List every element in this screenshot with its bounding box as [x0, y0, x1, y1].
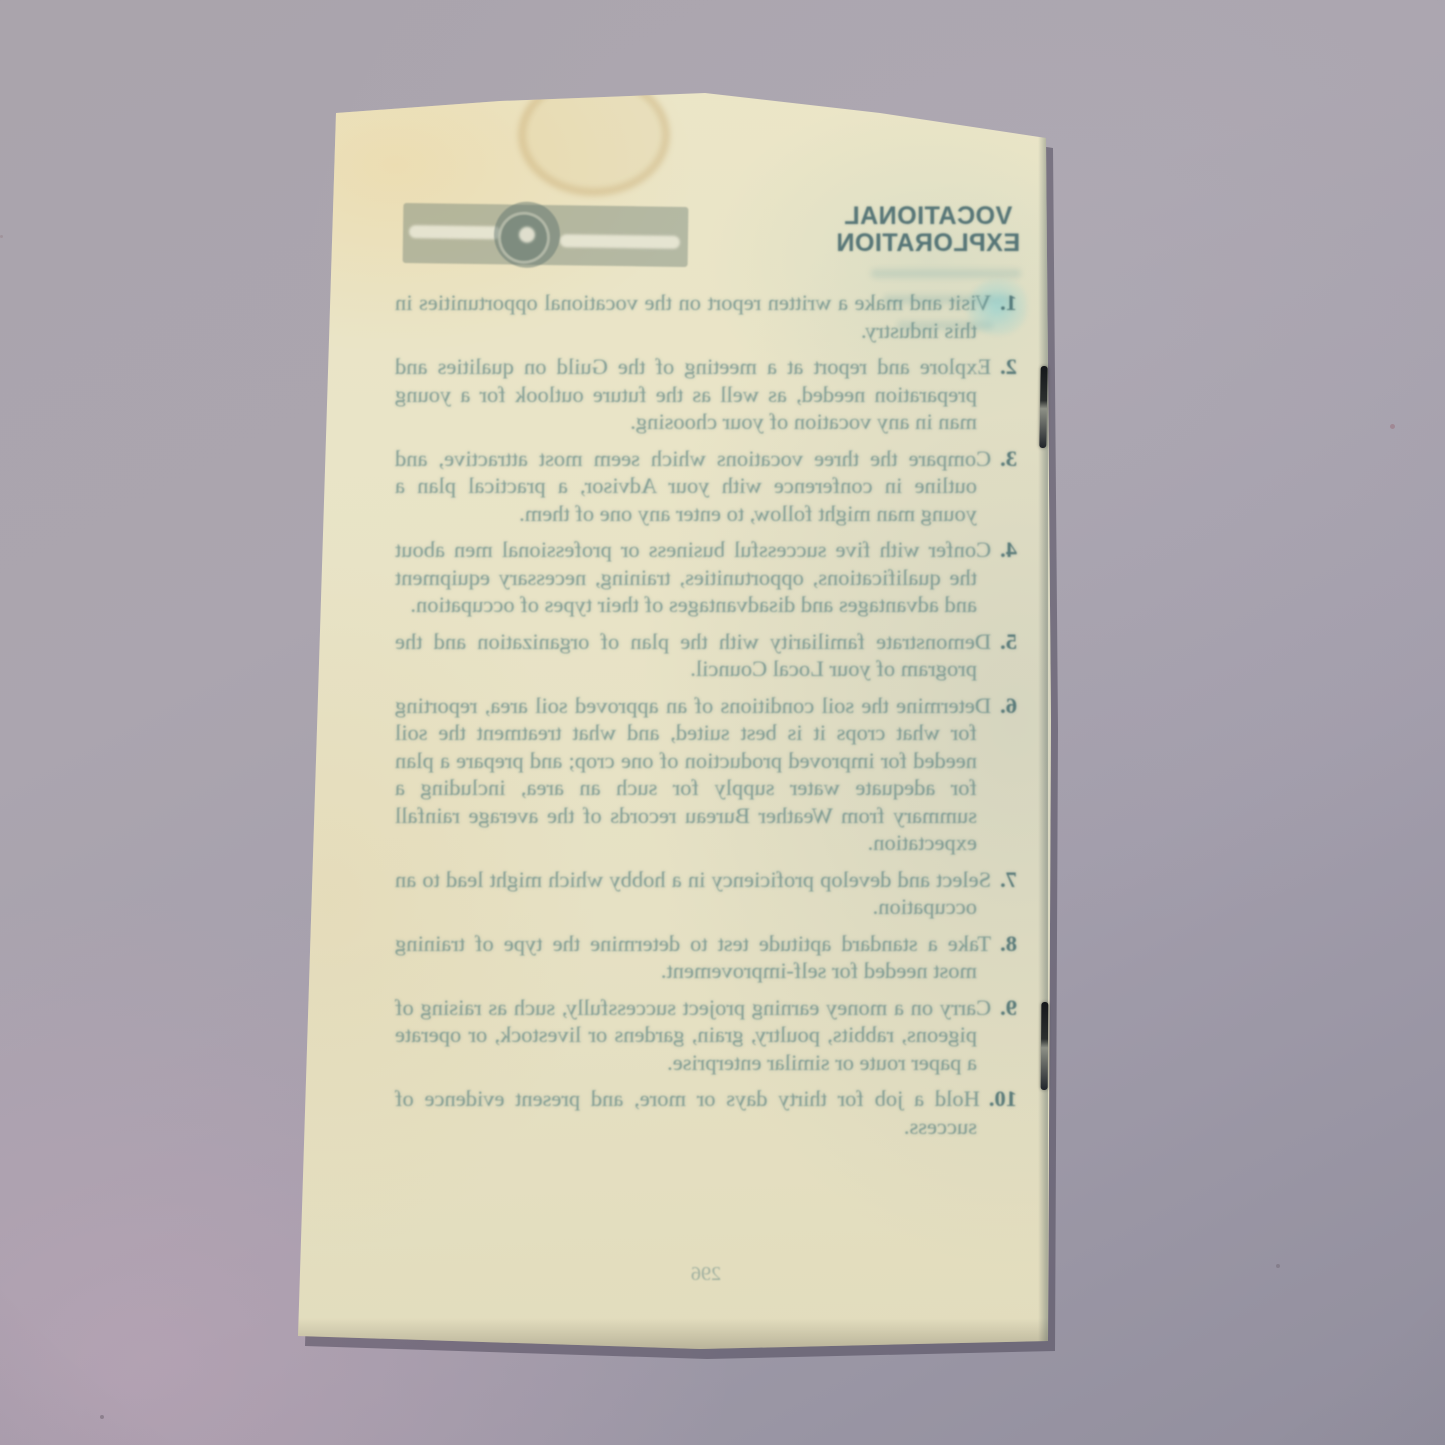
staple-top: [1039, 366, 1047, 448]
emblem-ring: [494, 201, 561, 268]
item-number: 2.: [991, 354, 1017, 379]
item-number: 8.: [991, 931, 1017, 956]
page-title-line2: EXPLORATION: [835, 230, 1021, 257]
item-number: 6.: [991, 693, 1017, 718]
requirement-list: 1.Visit and make a written report on the…: [395, 289, 1017, 1149]
dust-speck: [100, 1415, 104, 1419]
requirement-item: 5.Demonstrate familiarity with the plan …: [395, 628, 1017, 683]
item-number: 4.: [991, 537, 1017, 562]
requirement-item: 3.Compare the three vocations which seem…: [395, 445, 1017, 528]
item-text: Select and develop proficiency in a hobb…: [395, 867, 991, 920]
photo-of-booklet: VOCATIONAL EXPLORATION 1.Visit an: [0, 0, 1445, 1445]
item-text: Hold a job for thirty days or more, and …: [395, 1086, 980, 1139]
page-number: 296: [395, 1263, 1017, 1286]
item-text: Demonstrate familiarity with the plan of…: [395, 629, 991, 682]
page-title: VOCATIONAL EXPLORATION: [835, 203, 1021, 257]
booklet-back-page: VOCATIONAL EXPLORATION 1.Visit an: [0, 0, 1445, 1445]
item-number: 7.: [991, 867, 1017, 892]
dust-speck: [1276, 1264, 1280, 1268]
item-number: 5.: [991, 629, 1017, 654]
item-text: Visit and make a written report on the v…: [395, 290, 991, 343]
requirement-item: 1.Visit and make a written report on the…: [395, 289, 1017, 344]
item-text: Confer with five successful business or …: [395, 537, 991, 617]
item-number: 10.: [980, 1086, 1017, 1111]
requirement-item: 7.Select and develop proficiency in a ho…: [395, 866, 1017, 921]
item-text: Take a standard aptitude test to determi…: [395, 931, 991, 984]
requirement-item: 8.Take a standard aptitude test to deter…: [395, 930, 1017, 985]
item-number: 3.: [991, 446, 1017, 471]
requirement-item: 2.Explore and report at a meeting of the…: [395, 353, 1017, 436]
item-text: Determine the soil conditions of an appr…: [395, 693, 991, 856]
item-text: Compare the three vocations which seem m…: [395, 446, 991, 526]
page-title-line1: VOCATIONAL: [835, 203, 1021, 230]
requirement-item: 9.Carry on a money earning project succe…: [395, 994, 1017, 1077]
dust-speck: [1390, 424, 1395, 429]
item-text: Explore and report at a meeting of the G…: [395, 354, 991, 434]
band-with-ring-emblem-icon: [403, 203, 689, 267]
emblem-left-bar: [560, 234, 680, 249]
requirement-item: 4.Confer with five successful business o…: [395, 536, 1017, 619]
item-number: 9.: [991, 995, 1017, 1020]
item-text: Carry on a money earning project success…: [395, 995, 991, 1075]
requirement-item: 6.Determine the soil conditions of an ap…: [395, 692, 1017, 857]
show-through-text-layer: VOCATIONAL EXPLORATION 1.Visit an: [300, 113, 1047, 1348]
item-number: 1.: [991, 290, 1017, 315]
dust-speck: [0, 235, 3, 238]
requirement-item: 10.Hold a job for thirty days or more, a…: [395, 1085, 1017, 1140]
emblem-right-bar: [409, 225, 501, 239]
staple-bottom: [1041, 1002, 1049, 1090]
